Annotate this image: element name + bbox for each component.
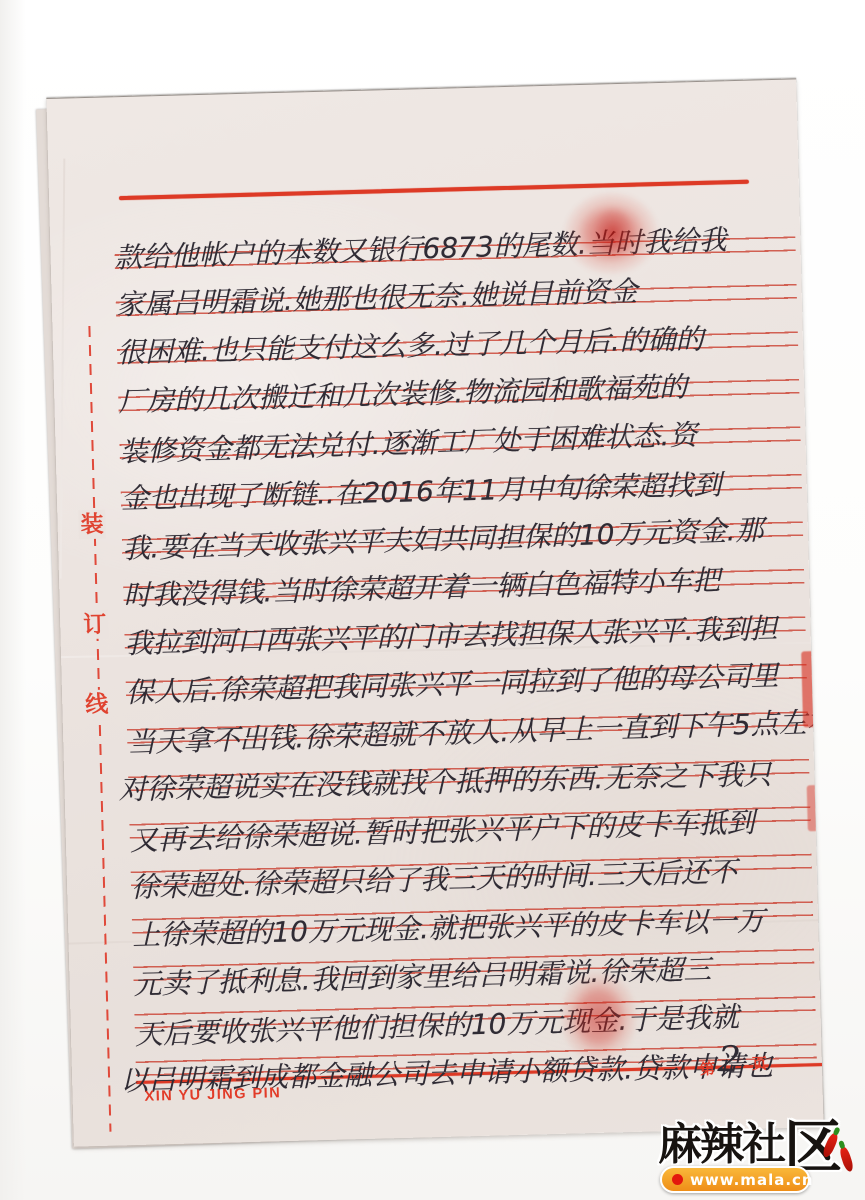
stationery-brand: XIN YU JING PIN: [144, 1085, 281, 1105]
ink-smudge: [807, 785, 819, 831]
red-dot-icon: [672, 1174, 683, 1185]
mala-url-bar: www.mala.cn: [660, 1166, 810, 1193]
ink-smudge: [801, 651, 816, 727]
chili-icon: [838, 1145, 855, 1173]
mala-watermark: 麻辣社区 www.mala.cn: [650, 1114, 865, 1200]
binding-dashed-line: [88, 326, 111, 1132]
mala-site-url: www.mala.cn: [690, 1171, 814, 1189]
page-number-prefix: 第: [700, 1058, 716, 1079]
mala-site-name-text: 麻辣社: [658, 1119, 784, 1170]
top-rule-line: [119, 180, 749, 200]
binding-label-char: 装: [78, 510, 106, 540]
binding-label-char: 订: [81, 610, 109, 640]
paper-sheet: 装 订 线 款给他帐户的本数又银行6873的尾数.当时我给我 家属吕明霜说.她那…: [46, 78, 823, 1146]
scanner-background-edge: [0, 0, 26, 1200]
page-number-suffix: 页: [752, 1052, 768, 1073]
handwritten-page-number: 2: [717, 1039, 742, 1081]
binding-label-char: 线: [83, 690, 111, 720]
handwritten-letter-body: 款给他帐户的本数又银行6873的尾数.当时我给我 家属吕明霜说.她那也很无奈.她…: [114, 209, 824, 1101]
paper-crease: [60, 159, 66, 579]
